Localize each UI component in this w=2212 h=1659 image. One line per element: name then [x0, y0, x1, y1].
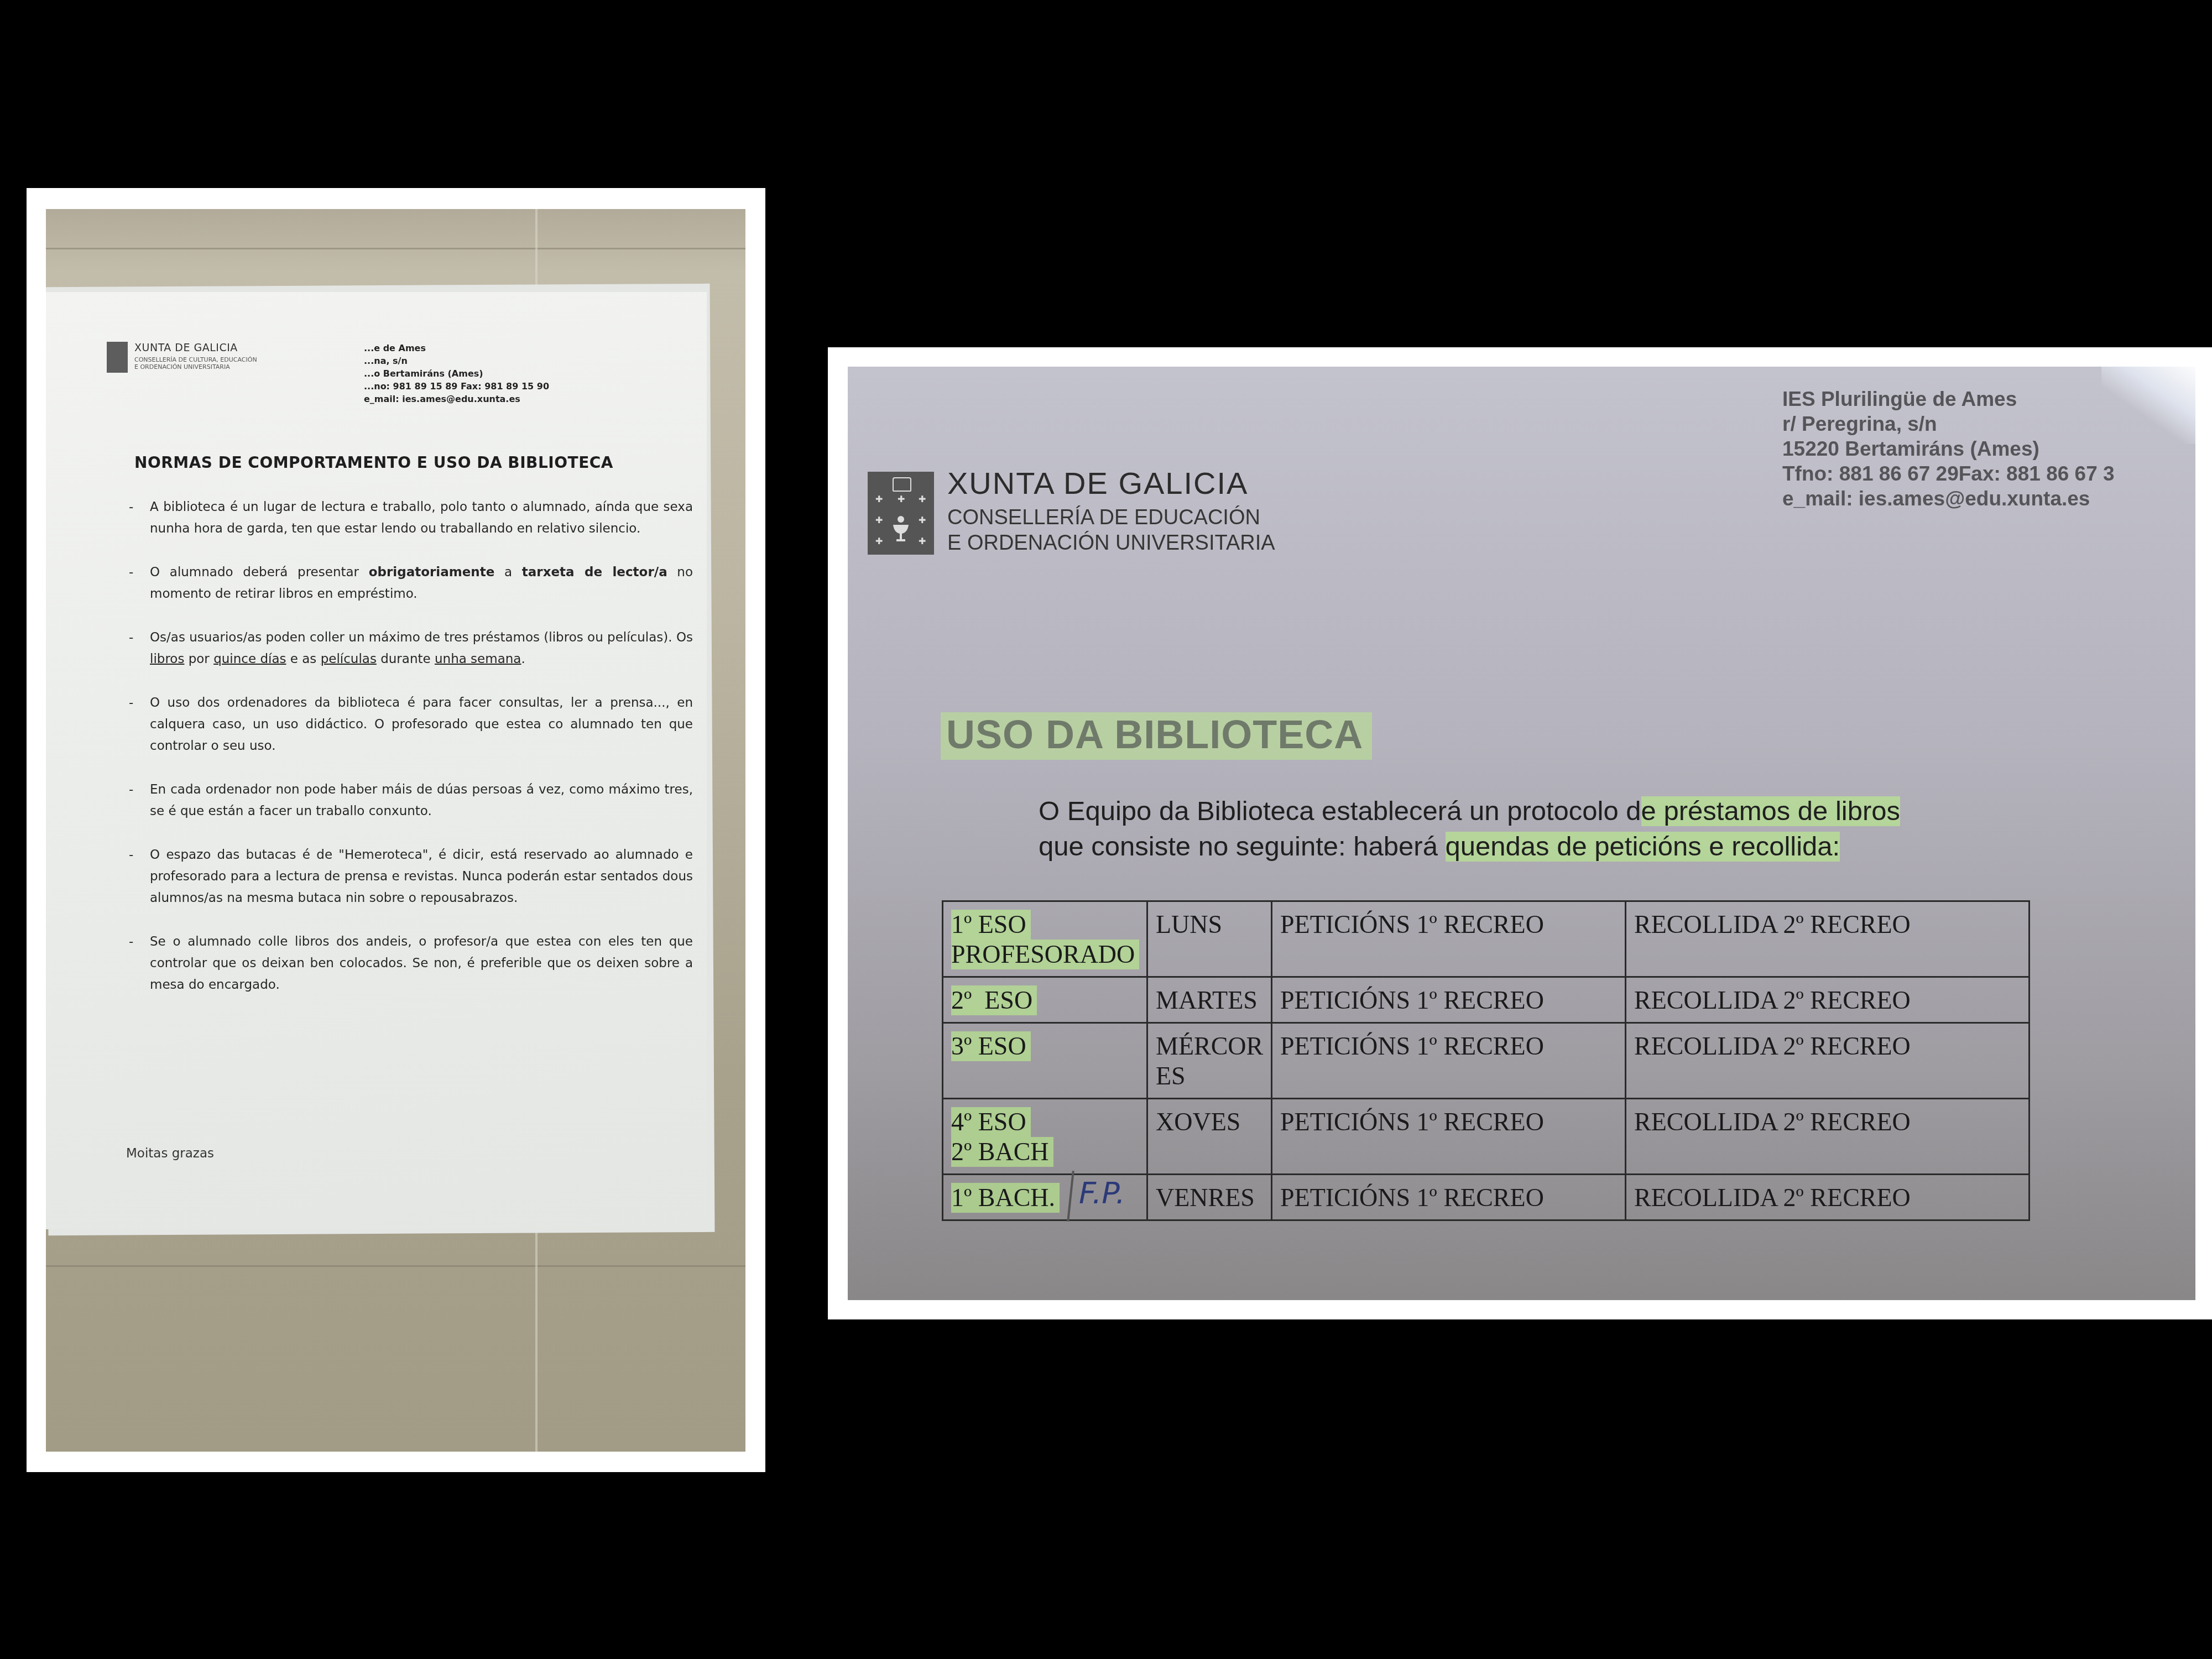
request-cell: PETICIÓNS 1º RECREO	[1272, 1099, 1626, 1175]
day-cell: MÉRCOR ES	[1147, 1023, 1272, 1099]
rule-underline: unha semana	[435, 652, 521, 666]
library-usage-notice: ✚ ✚ ✚ ✚ ✚ ✚ ✚ XUNTA DE GALICIA CONSELLER…	[848, 367, 2195, 1300]
rule-emphasis: obrigatoriamente	[369, 565, 495, 580]
logo-subtitle: CONSELLERÍA DE CULTURA, EDUCACIÓN E ORDE…	[134, 356, 257, 371]
school-address: ...e de Ames ...na, s/n ...o Bertamiráns…	[364, 342, 549, 405]
rule-underline: libros	[150, 652, 184, 666]
rule-item: -En cada ordenador non pode haber máis d…	[129, 779, 693, 822]
rule-text: O alumnado deberá presentar	[150, 565, 369, 580]
group-cell: 2º ESO	[943, 977, 1147, 1023]
address-line: r/ Peregrina, s/n	[1782, 411, 2115, 436]
group-label: 1º ESO	[951, 910, 1031, 940]
day-cell: MARTES	[1147, 977, 1272, 1023]
rule-text: a	[494, 565, 522, 580]
intro-highlight: e préstamos de libros	[1641, 796, 1900, 826]
group-label: 1º BACH.	[951, 1183, 1060, 1213]
day-cell: VENRES	[1147, 1175, 1272, 1220]
xunta-coat-of-arms-icon: ✚ ✚ ✚ ✚ ✚ ✚ ✚	[868, 472, 934, 555]
address-line: ...e de Ames	[364, 342, 549, 354]
group-label: 4º ESO	[951, 1107, 1031, 1137]
pickup-cell: RECOLLIDA 2º RECREO	[1626, 901, 2030, 977]
intro-paragraph: O Equipo da Biblioteca establecerá un pr…	[1039, 794, 1900, 864]
group-label: PROFESORADO	[951, 940, 1139, 969]
rule-text: A biblioteca é un lugar de lectura e tra…	[150, 500, 693, 536]
day-label: MÉRCOR ES	[1156, 1032, 1263, 1090]
logo-title: XUNTA DE GALICIA	[134, 342, 238, 354]
rules-notice-paper: XUNTA DE GALICIA CONSELLERÍA DE CULTURA,…	[46, 292, 707, 1229]
rule-item: -O alumnado deberá presentar obrigatoria…	[129, 562, 693, 605]
folded-corner-glare	[2101, 367, 2195, 444]
request-cell: PETICIÓNS 1º RECREO	[1272, 1175, 1626, 1220]
rule-item: -O espazo das butacas é de "Hemeroteca",…	[129, 844, 693, 909]
loan-schedule-table: 1º ESOPROFESORADO LUNS PETICIÓNS 1º RECR…	[942, 900, 2030, 1221]
rule-text: O espazo das butacas é de "Hemeroteca", …	[150, 848, 693, 905]
closing-text: Moitas grazas	[126, 1146, 214, 1161]
pickup-cell: RECOLLIDA 2º RECREO	[1626, 1023, 2030, 1099]
group-label: 3º ESO	[951, 1031, 1031, 1061]
intro-text: O Equipo da Biblioteca establecerá un pr…	[1039, 796, 1641, 826]
rule-text: Se o alumnado colle libros dos andeis, o…	[150, 935, 693, 992]
group-label: 2º ESO	[951, 985, 1037, 1015]
logo-subtitle: CONSELLERÍA DE EDUCACIÓN E ORDENACIÓN UN…	[947, 505, 1275, 556]
request-cell: PETICIÓNS 1º RECREO	[1272, 901, 1626, 977]
address-line: IES Plurilingüe de Ames	[1782, 387, 2115, 411]
table-row: 2º ESO MARTES PETICIÓNS 1º RECREO RECOLL…	[943, 977, 2030, 1023]
handwritten-note: F.P.	[1079, 1178, 1125, 1208]
logo-subtitle-line: E ORDENACIÓN UNIVERSITARIA	[947, 530, 1275, 556]
group-cell: 1º BACH. F.P.	[943, 1175, 1147, 1220]
table-row: 3º ESO MÉRCOR ES PETICIÓNS 1º RECREO REC…	[943, 1023, 2030, 1099]
rules-list: -A biblioteca é un lugar de lectura e tr…	[129, 497, 693, 1018]
group-label: 2º BACH	[951, 1137, 1053, 1167]
request-cell: PETICIÓNS 1º RECREO	[1272, 1023, 1626, 1099]
rule-item: -Se o alumnado colle libros dos andeis, …	[129, 931, 693, 996]
table-row: 1º ESOPROFESORADO LUNS PETICIÓNS 1º RECR…	[943, 901, 2030, 977]
rule-emphasis: tarxeta de lector/a	[522, 565, 667, 580]
rule-item: -O uso dos ordenadores da biblioteca é p…	[129, 692, 693, 757]
logo-subtitle-line: CONSELLERÍA DE CULTURA, EDUCACIÓN	[134, 356, 257, 363]
pickup-cell: RECOLLIDA 2º RECREO	[1626, 977, 2030, 1023]
rule-item: -A biblioteca é un lugar de lectura e tr…	[129, 497, 693, 540]
rule-text: durante	[377, 652, 435, 666]
notice-title: NORMAS DE COMPORTAMENTO E USO DA BIBLIOT…	[134, 453, 613, 472]
intro-text: que consiste no seguinte: haberá	[1039, 832, 1446, 862]
address-line: e_mail: ies.ames@edu.xunta.es	[364, 393, 549, 405]
left-photo-wall: XUNTA DE GALICIA CONSELLERÍA DE CULTURA,…	[46, 209, 745, 1452]
rule-text: O uso dos ordenadores da biblioteca é pa…	[150, 696, 693, 753]
xunta-coat-of-arms-icon	[107, 342, 128, 373]
group-cell: 3º ESO	[943, 1023, 1147, 1099]
address-line: ...na, s/n	[364, 354, 549, 367]
address-line: Tfno: 881 86 67 29Fax: 881 86 67 3	[1782, 461, 2115, 486]
address-line: ...no: 981 89 15 89 Fax: 981 89 15 90	[364, 380, 549, 393]
logo-subtitle-line: CONSELLERÍA DE EDUCACIÓN	[947, 505, 1275, 530]
table-row: 1º BACH. F.P. VENRES PETICIÓNS 1º RECREO…	[943, 1175, 2030, 1220]
logo-subtitle-line: E ORDENACIÓN UNIVERSITARIA	[134, 363, 257, 371]
right-photo-frame: ✚ ✚ ✚ ✚ ✚ ✚ ✚ XUNTA DE GALICIA CONSELLER…	[828, 347, 2212, 1319]
logo-title: XUNTA DE GALICIA	[947, 465, 1248, 501]
rule-text: por	[184, 652, 213, 666]
address-line: ...o Bertamiráns (Ames)	[364, 367, 549, 380]
rule-text: En cada ordenador non pode haber máis de…	[150, 782, 693, 818]
rule-underline: películas	[321, 652, 377, 666]
request-cell: PETICIÓNS 1º RECREO	[1272, 977, 1626, 1023]
day-cell: LUNS	[1147, 901, 1272, 977]
tile-grout-line	[46, 248, 745, 249]
intro-highlight: quendas de peticións e recollida:	[1446, 832, 1840, 862]
table-row: 4º ESO2º BACH XOVES PETICIÓNS 1º RECREO …	[943, 1099, 2030, 1175]
rule-item: -Os/as usuarios/as poden coller un máxim…	[129, 627, 693, 670]
notice-title: USO DA BIBLIOTECA	[941, 712, 1372, 760]
pickup-cell: RECOLLIDA 2º RECREO	[1626, 1099, 2030, 1175]
address-line: 15220 Bertamiráns (Ames)	[1782, 436, 2115, 461]
rule-underline: quince días	[213, 652, 286, 666]
rule-text: .	[521, 652, 525, 666]
pickup-cell: RECOLLIDA 2º RECREO	[1626, 1175, 2030, 1220]
address-line: e_mail: ies.ames@edu.xunta.es	[1782, 486, 2115, 511]
day-cell: XOVES	[1147, 1099, 1272, 1175]
group-cell: 1º ESOPROFESORADO	[943, 901, 1147, 977]
rule-text: e as	[286, 652, 320, 666]
tile-grout-line	[46, 1265, 745, 1267]
rule-text: Os/as usuarios/as poden coller un máximo…	[150, 630, 693, 645]
left-photo-frame: XUNTA DE GALICIA CONSELLERÍA DE CULTURA,…	[27, 188, 765, 1472]
group-cell: 4º ESO2º BACH	[943, 1099, 1147, 1175]
school-address: IES Plurilingüe de Ames r/ Peregrina, s/…	[1782, 387, 2115, 511]
handwritten-slash	[1067, 1171, 1074, 1222]
